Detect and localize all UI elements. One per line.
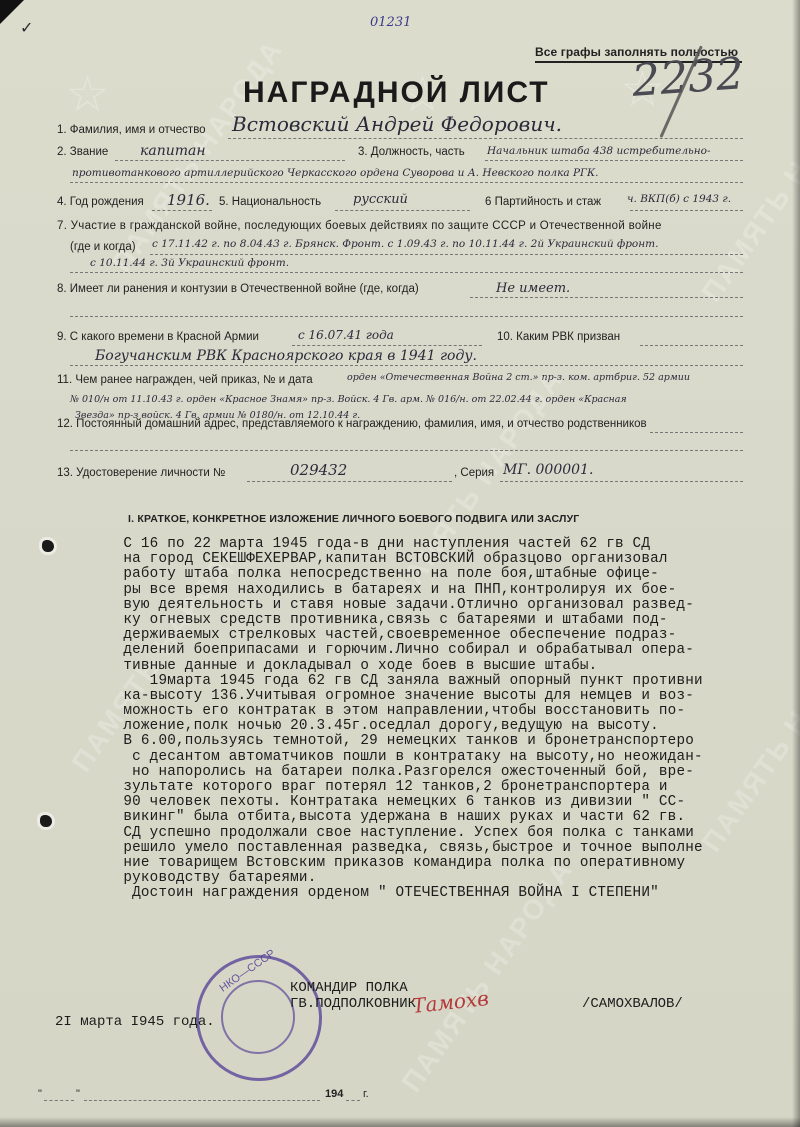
field-previous-awards-value-cont: № 010/н от 11.10.43 г. орден «Красное Зн…	[70, 394, 627, 405]
dotted-line	[346, 1100, 360, 1101]
field-id-value: 029432	[290, 461, 347, 479]
dotted-line	[70, 365, 743, 366]
field-home-address-label: 12. Постоянный домашний адрес, представл…	[57, 418, 647, 430]
merit-line: ка-высоту 136.Учитывая огромное значение…	[97, 689, 797, 704]
merit-line: 19марта 1945 года 62 гв СД заняла важный…	[97, 674, 797, 689]
merit-line: ку огневых средств противника,связь с ба…	[97, 613, 797, 628]
field-party-label: 6 Партийность и стаж	[485, 196, 601, 208]
field-birth-year-value: 1916.	[167, 191, 210, 209]
commander-title: КОМАНДИР ПОЛКА	[290, 980, 408, 996]
dotted-line	[335, 210, 470, 211]
dotted-line	[150, 254, 743, 255]
field-nationality-value: русский	[353, 192, 408, 207]
merit-line: С 16 по 22 марта 1945 года-в дни наступл…	[97, 537, 797, 552]
dotted-line	[500, 481, 743, 482]
field-birth-year-label: 4. Год рождения	[57, 196, 144, 208]
dotted-line	[70, 450, 743, 451]
signature-date: 2I марта I945 года.	[55, 1014, 215, 1030]
field-id-label: 13. Удостоверение личности №	[57, 467, 225, 479]
field-rvk-label: 10. Каким РВК призван	[497, 331, 620, 343]
field-position-label: 3. Должность, часть	[358, 146, 465, 158]
dotted-line	[650, 432, 743, 433]
field-name-value: Встовский Андрей Федорович.	[232, 112, 562, 136]
footer-year: 194	[325, 1088, 343, 1100]
dotted-line	[630, 210, 743, 211]
field-name-label: 1. Фамилия, имя и отчество	[57, 124, 206, 136]
dotted-line	[84, 1100, 320, 1101]
merit-line: зультате которого враг потерял 12 танков…	[97, 780, 797, 795]
commander-name: /САМОХВАЛОВ/	[582, 996, 683, 1012]
field-party-value: ч. ВКП(б) с 1943 г.	[627, 193, 731, 205]
dotted-line	[470, 297, 743, 298]
dotted-line	[485, 160, 743, 161]
dotted-line	[70, 316, 743, 317]
field-army-since-label: 9. С какого времени в Красной Армии	[57, 331, 259, 343]
field-army-since-value: с 16.07.41 года	[298, 328, 394, 342]
field-position-value: Начальник штаба 438 истребительно-	[487, 145, 711, 157]
section-heading: I. КРАТКОЕ, КОНКРЕТНОЕ ИЗЛОЖЕНИЕ ЛИЧНОГО…	[128, 513, 579, 525]
merit-line: работу штаба полка непосредственно на по…	[97, 567, 797, 582]
merit-line: с десантом автоматчиков пошли в контрата…	[97, 750, 797, 765]
field-rank-label: 2. Звание	[57, 146, 108, 158]
field-war-participation-label-where: (где и когда)	[70, 241, 136, 253]
field-position-value-cont: противотанкового артиллерийского Черкасс…	[72, 167, 598, 179]
field-nationality-label: 5. Национальность	[219, 196, 321, 208]
dotted-line	[70, 182, 743, 183]
merit-line: делений боеприпасами и горючим.Лично соб…	[97, 643, 797, 658]
dotted-line	[247, 481, 452, 482]
field-previous-awards-value: орден «Отечественная Война 2 ст.» пр-з. …	[347, 372, 690, 383]
merit-line: тивные данные и докладывал о ходе боев в…	[97, 659, 797, 674]
dotted-line	[152, 210, 212, 211]
commander-rank: ГВ.ПОДПОЛКОВНИК	[290, 996, 416, 1012]
field-rvk-value: Богучанским РВК Красноярского края в 194…	[95, 348, 477, 364]
merit-line: решило умело поставленная разведка, связ…	[97, 841, 797, 856]
check-mark-icon: ✓	[20, 18, 33, 38]
field-war-participation-value: с 17.11.42 г. по 8.04.43 г. Брянск. Фрон…	[152, 238, 658, 250]
dotted-line	[292, 345, 482, 346]
footer-year-suffix: г.	[363, 1088, 369, 1100]
merit-line: можность его контратак в этом направлени…	[97, 704, 797, 719]
dotted-line	[44, 1100, 74, 1101]
award-sheet-page: ☆ ПАМЯТЬ НАРОДА ☆ ПАМЯТЬ НАРОДА ☆ ПАМЯТЬ…	[0, 0, 800, 1127]
page-edge	[792, 0, 800, 1127]
merit-line: Достоин награждения орденом " ОТЕЧЕСТВЕН…	[97, 886, 797, 901]
merit-description: С 16 по 22 марта 1945 года-в дни наступл…	[97, 537, 797, 902]
merit-line: вую деятельность и ставя новые задачи.От…	[97, 598, 797, 613]
merit-line: ры все время находились в батареях и на …	[97, 583, 797, 598]
regiment-stamp	[196, 955, 322, 1081]
footer-date-quote-close: "	[76, 1088, 80, 1100]
dotted-line	[70, 272, 743, 273]
document-title: НАГРАДНОЙ ЛИСТ	[243, 76, 550, 110]
field-series-value: МГ. 000001.	[503, 462, 593, 478]
field-wounds-value: Не имеет.	[496, 281, 570, 296]
merit-line: В 6.00,пользуясь темнотой, 29 немецких т…	[97, 734, 797, 749]
merit-line: ние товарищем Встовским приказов команди…	[97, 856, 797, 871]
merit-line: викинг" была отбита,высота удержана в на…	[97, 810, 797, 825]
merit-line: но напоролись на батареи полка.Разгорелс…	[97, 765, 797, 780]
watermark-star-icon: ☆	[65, 65, 110, 123]
field-series-label: , Серия	[454, 467, 494, 479]
field-wounds-label: 8. Имеет ли ранения и контузии в Отечест…	[57, 283, 419, 295]
field-war-participation-label: 7. Участие в гражданской войне, последую…	[57, 220, 662, 232]
merit-line: СД успешно продолжали свое наступление. …	[97, 826, 797, 841]
dotted-line	[115, 160, 345, 161]
dotted-line	[640, 345, 743, 346]
field-war-participation-value-cont: с 10.11.44 г. 3й Украинский фронт.	[90, 257, 289, 269]
field-previous-awards-label: 11. Чем ранее награжден, чей приказ, № и…	[57, 374, 313, 386]
footer-date-quote-open: "	[38, 1088, 42, 1100]
dotted-line	[228, 138, 743, 139]
punch-hole	[42, 540, 54, 552]
archive-number: 01231	[370, 15, 411, 30]
punch-hole	[40, 815, 52, 827]
field-rank-value: капитан	[140, 143, 206, 159]
page-edge	[0, 1117, 800, 1127]
